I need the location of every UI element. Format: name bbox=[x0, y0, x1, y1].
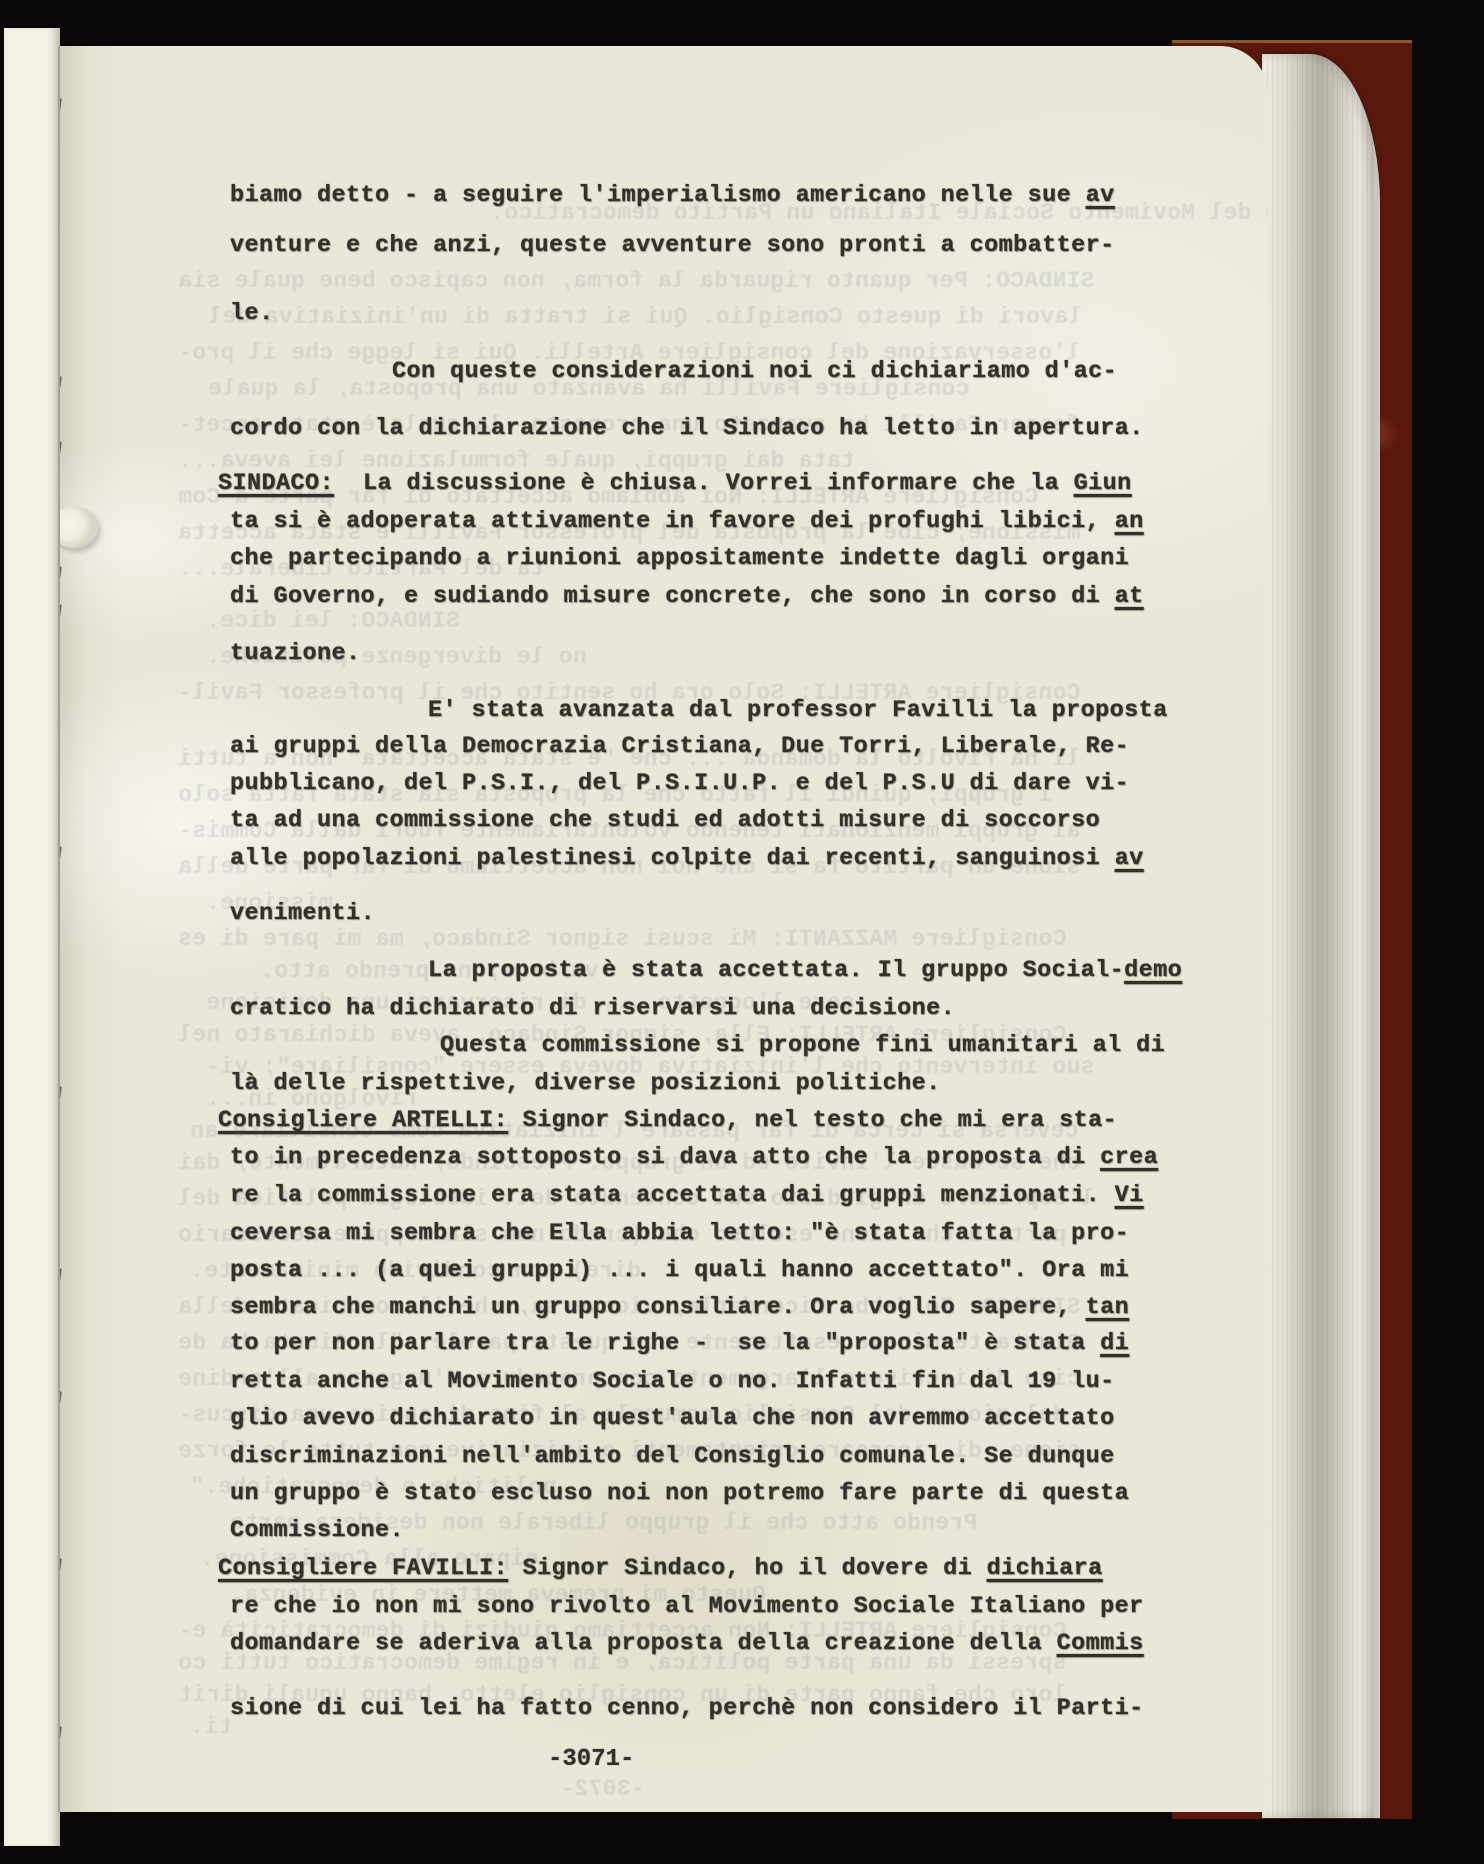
page-number: -3071- bbox=[548, 1748, 634, 1772]
underlined-text-segment: an bbox=[1115, 508, 1144, 535]
text-segment: ta si è adoperata attivamente in favore … bbox=[230, 508, 1115, 535]
typewritten-line: di Governo, e sudiando misure concrete, … bbox=[230, 583, 1144, 611]
underlined-text-segment: crea bbox=[1100, 1144, 1158, 1171]
text-segment: E' stata avanzata dal professor Favilli … bbox=[428, 697, 1168, 724]
stitch-thread bbox=[58, 1558, 62, 1571]
typewritten-line: to per non parlare tra le righe - se la … bbox=[230, 1330, 1129, 1358]
text-segment: alle popolazioni palestinesi colpite dai… bbox=[230, 845, 1115, 872]
text-segment: biamo detto - a seguire l'imperialismo a… bbox=[230, 182, 1086, 209]
typewritten-line: ta si è adoperata attivamente in favore … bbox=[230, 508, 1144, 536]
text-segment: retta anche al Movimento Sociale o no. I… bbox=[230, 1368, 1115, 1395]
typewritten-line: venture e che anzi, queste avventure son… bbox=[230, 232, 1115, 260]
text-segment: pubblicano, del P.S.I., del P.S.I.U.P. e… bbox=[230, 770, 1129, 797]
typewritten-line: tuazione. bbox=[230, 640, 361, 668]
typewritten-line: re la commissione era stata accettata da… bbox=[230, 1182, 1144, 1210]
text-segment: to in precedenza sottoposto si dava atto… bbox=[230, 1144, 1100, 1171]
typewritten-line: venimenti. bbox=[230, 900, 375, 928]
typewritten-line: Consigliere ARTELLI: Signor Sindaco, nel… bbox=[218, 1107, 1117, 1135]
text-segment: sione di cui lei ha fatto cenno, perchè … bbox=[230, 1695, 1144, 1722]
typewritten-line: sione di cui lei ha fatto cenno, perchè … bbox=[230, 1695, 1144, 1723]
stitch-thread bbox=[58, 441, 62, 454]
text-segment: to per non parlare tra le righe - se la … bbox=[230, 1330, 1100, 1357]
text-segment: ai gruppi della Democrazia Cristiana, Du… bbox=[230, 733, 1129, 760]
typewritten-line: domandare se aderiva alla proposta della… bbox=[230, 1630, 1144, 1658]
typewritten-line: retta anche al Movimento Sociale o no. I… bbox=[230, 1368, 1115, 1396]
stitch-thread bbox=[58, 846, 62, 859]
underlined-text-segment: at bbox=[1115, 583, 1144, 610]
bleedthrough-line: -3072- bbox=[560, 1776, 645, 1804]
underlined-text-segment: SINDACO: bbox=[218, 470, 334, 497]
document-page: to del Movimento Sociale Italiano un Par… bbox=[58, 46, 1268, 1812]
underlined-text-segment: tan bbox=[1086, 1294, 1130, 1321]
underlined-text-segment: Vi bbox=[1115, 1182, 1144, 1209]
typewritten-line: Con queste considerazioni noi ci dichiar… bbox=[392, 358, 1117, 386]
text-segment: là delle rispettive, diverse posizioni p… bbox=[230, 1070, 941, 1097]
bleedthrough-line: lavori di questo Consiglio. Qui si tratt… bbox=[208, 304, 1082, 332]
underlined-text-segment: Commis bbox=[1057, 1630, 1144, 1657]
text-segment: tuazione. bbox=[230, 640, 361, 667]
typewritten-line: le. bbox=[230, 300, 274, 328]
bleedthrough-line: SINDACO: Per quanto riguarda la forma, n… bbox=[178, 268, 1095, 296]
typewritten-line: che partecipando a riunioni appositament… bbox=[230, 545, 1129, 573]
stitch-thread bbox=[58, 1726, 62, 1739]
underlined-text-segment: av bbox=[1086, 182, 1115, 209]
binding-eyelet-bump bbox=[58, 506, 98, 548]
text-segment: Commissione. bbox=[230, 1517, 404, 1544]
typewritten-line: un gruppo è stato escluso noi non potrem… bbox=[230, 1480, 1129, 1508]
underlined-text-segment: Giun bbox=[1074, 470, 1132, 497]
underlined-text-segment: demo bbox=[1124, 957, 1182, 984]
underlined-text-segment: Consigliere FAVILLI: bbox=[218, 1555, 508, 1582]
text-segment: che partecipando a riunioni appositament… bbox=[230, 545, 1129, 572]
typewritten-line: biamo detto - a seguire l'imperialismo a… bbox=[230, 182, 1115, 210]
stitch-thread bbox=[58, 1086, 62, 1099]
typewritten-line: SINDACO: La discussione è chiusa. Vorrei… bbox=[218, 470, 1132, 498]
bleedthrough-line: Consigliere MAZZANTI: Mi scusi signor Si… bbox=[178, 926, 1066, 954]
text-segment: re che io non mi sono rivolto al Movimen… bbox=[230, 1593, 1144, 1620]
text-segment: venimenti. bbox=[230, 900, 375, 927]
text-segment: ta ad una commissione che studi ed adott… bbox=[230, 807, 1100, 834]
text-segment: le. bbox=[230, 300, 274, 327]
text-segment: cratico ha dichiarato di riservarsi una … bbox=[230, 995, 955, 1022]
typewritten-line: cordo con la dichiarazione che il Sindac… bbox=[230, 415, 1144, 443]
underlined-text-segment: Consigliere ARTELLI: bbox=[218, 1107, 508, 1134]
typewritten-line: ta ad una commissione che studi ed adott… bbox=[230, 807, 1100, 835]
book-scan: to del Movimento Sociale Italiano un Par… bbox=[0, 0, 1484, 1864]
typewritten-line: to in precedenza sottoposto si dava atto… bbox=[230, 1144, 1158, 1172]
binding-page-strip bbox=[4, 28, 60, 1846]
text-segment: sembra che manchi un gruppo consiliare. … bbox=[230, 1294, 1086, 1321]
typewritten-line: Commissione. bbox=[230, 1517, 404, 1545]
typewritten-line: glio avevo dichiarato in quest'aula che … bbox=[230, 1405, 1115, 1433]
stitch-thread bbox=[58, 98, 62, 111]
stitch-thread bbox=[58, 1268, 62, 1281]
typewritten-line: ai gruppi della Democrazia Cristiana, Du… bbox=[230, 733, 1129, 761]
text-segment: Con queste considerazioni noi ci dichiar… bbox=[392, 358, 1117, 385]
typewritten-line: discriminazioni nell'ambito del Consigli… bbox=[230, 1443, 1115, 1471]
stitch-thread bbox=[58, 1391, 62, 1404]
bleedthrough-line: ti. bbox=[190, 1714, 232, 1742]
underlined-text-segment: dichiara bbox=[987, 1555, 1103, 1582]
text-segment: La discussione è chiusa. Vorrei informar… bbox=[334, 470, 1074, 497]
text-segment: posta ... (a quei gruppi) ... i quali ha… bbox=[230, 1257, 1129, 1284]
typewritten-line: Questa commissione si propone fini umani… bbox=[440, 1032, 1165, 1060]
text-segment: cordo con la dichiarazione che il Sindac… bbox=[230, 415, 1144, 442]
stitch-thread bbox=[58, 604, 62, 617]
text-segment: ceversa mi sembra che Ella abbia letto: … bbox=[230, 1220, 1129, 1247]
text-segment: glio avevo dichiarato in quest'aula che … bbox=[230, 1405, 1115, 1432]
stitch-thread bbox=[58, 566, 62, 579]
typewritten-line: E' stata avanzata dal professor Favilli … bbox=[428, 697, 1168, 725]
text-segment: Questa commissione si propone fini umani… bbox=[440, 1032, 1165, 1059]
bleedthrough-line: SINDACO: lei dice. bbox=[206, 608, 460, 636]
page-stack-fore-edge bbox=[1262, 54, 1380, 1818]
typewritten-line: alle popolazioni palestinesi colpite dai… bbox=[230, 845, 1144, 873]
underlined-text-segment: di bbox=[1100, 1330, 1129, 1357]
typewritten-line: Consigliere FAVILLI: Signor Sindaco, ho … bbox=[218, 1555, 1103, 1583]
typewritten-line: ceversa mi sembra che Ella abbia letto: … bbox=[230, 1220, 1129, 1248]
text-segment: La proposta è stata accettata. Il gruppo… bbox=[428, 957, 1124, 984]
text-segment: Signor Sindaco, ho il dovere di bbox=[508, 1555, 987, 1582]
text-segment: Signor Sindaco, nel testo che mi era sta… bbox=[508, 1107, 1117, 1134]
underlined-text-segment: av bbox=[1115, 845, 1144, 872]
typewritten-line: cratico ha dichiarato di riservarsi una … bbox=[230, 995, 955, 1023]
typewritten-line: posta ... (a quei gruppi) ... i quali ha… bbox=[230, 1257, 1129, 1285]
stitch-thread bbox=[58, 376, 62, 389]
typewritten-line: là delle rispettive, diverse posizioni p… bbox=[230, 1070, 941, 1098]
typewritten-line: pubblicano, del P.S.I., del P.S.I.U.P. e… bbox=[230, 770, 1129, 798]
typewritten-line: La proposta è stata accettata. Il gruppo… bbox=[428, 957, 1182, 985]
text-segment: discriminazioni nell'ambito del Consigli… bbox=[230, 1443, 1115, 1470]
typewritten-line: re che io non mi sono rivolto al Movimen… bbox=[230, 1593, 1144, 1621]
text-segment: domandare se aderiva alla proposta della… bbox=[230, 1630, 1057, 1657]
typewritten-line: sembra che manchi un gruppo consiliare. … bbox=[230, 1294, 1129, 1322]
text-segment: re la commissione era stata accettata da… bbox=[230, 1182, 1115, 1209]
text-segment: un gruppo è stato escluso noi non potrem… bbox=[230, 1480, 1129, 1507]
text-segment: di Governo, e sudiando misure concrete, … bbox=[230, 583, 1115, 610]
text-segment: venture e che anzi, queste avventure son… bbox=[230, 232, 1115, 259]
